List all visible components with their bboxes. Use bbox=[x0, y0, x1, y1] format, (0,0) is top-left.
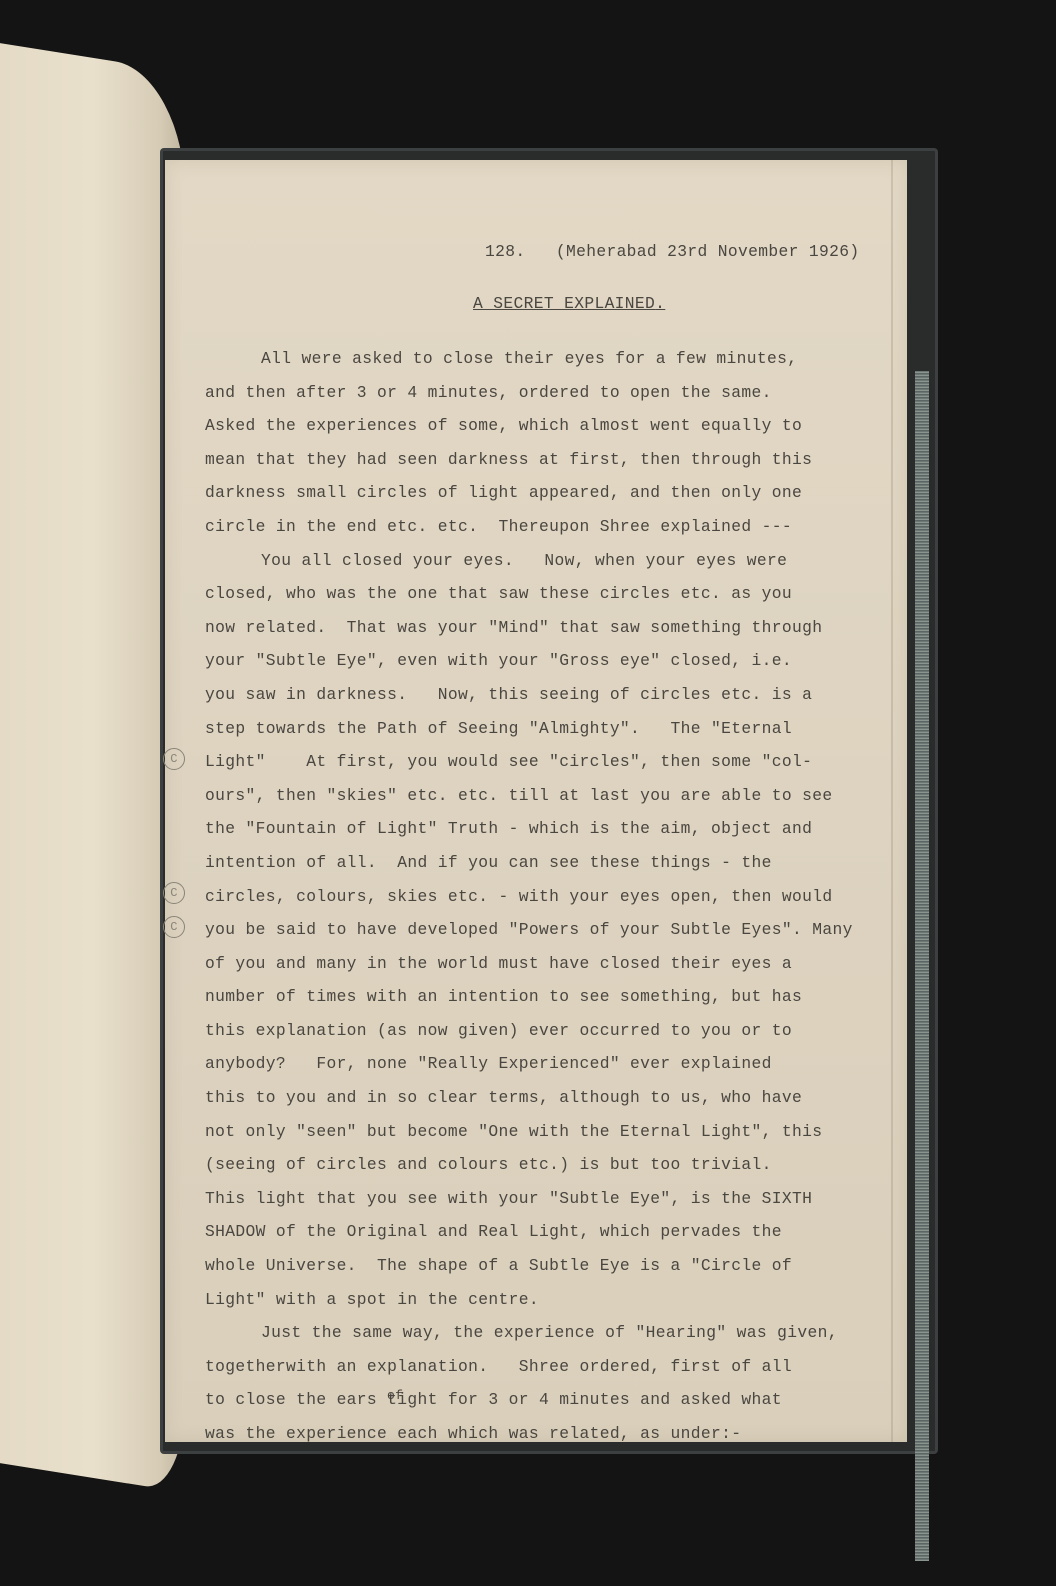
text-line: Light" with a spot in the centre. bbox=[205, 1283, 905, 1317]
text-line: was the experience each which was relate… bbox=[205, 1417, 905, 1451]
text-line: Asked the experiences of some, which alm… bbox=[205, 409, 905, 443]
text-line: you be said to have developed "Powers of… bbox=[205, 913, 905, 947]
text-line: (seeing of circles and colours etc.) is … bbox=[205, 1148, 905, 1182]
title-period: . bbox=[655, 294, 665, 313]
text-line: your "Subtle Eye", even with your "Gross… bbox=[205, 644, 905, 678]
text-line: to close the ears tight for 3 or 4 minut… bbox=[205, 1383, 905, 1417]
text-line: darkness small circles of light appeared… bbox=[205, 476, 905, 510]
text-line: You all closed your eyes. Now, when your… bbox=[205, 544, 905, 578]
text-line: All were asked to close their eyes for a… bbox=[205, 342, 905, 376]
text-line: intention of all. And if you can see the… bbox=[205, 846, 905, 880]
text-line: number of times with an intention to see… bbox=[205, 980, 905, 1014]
text-line: circles, colours, skies etc. - with your… bbox=[205, 880, 905, 914]
text-line: closed, who was the one that saw these c… bbox=[205, 577, 905, 611]
page-edges bbox=[915, 371, 929, 1561]
margin-circle-mark: C bbox=[163, 916, 185, 938]
text-line: togetherwith an explanation. Shree order… bbox=[205, 1350, 905, 1384]
text-line: mean that they had seen darkness at firs… bbox=[205, 443, 905, 477]
text-line: of you and many in the world must have c… bbox=[205, 947, 905, 981]
text-line: you saw in darkness. Now, this seeing of… bbox=[205, 678, 905, 712]
typescript-page: 128. (Meherabad 23rd November 1926) A SE… bbox=[165, 160, 907, 1442]
text-line: anybody? For, none "Really Experienced" … bbox=[205, 1047, 905, 1081]
interlinear-insertion: of bbox=[387, 1388, 403, 1403]
text-line: circle in the end etc. etc. Thereupon Sh… bbox=[205, 510, 905, 544]
text-line: Just the same way, the experience of "He… bbox=[205, 1316, 905, 1350]
text-line: this explanation (as now given) ever occ… bbox=[205, 1014, 905, 1048]
text-line: SHADOW of the Original and Real Light, w… bbox=[205, 1215, 905, 1249]
text-line: This light that you see with your "Subtl… bbox=[205, 1182, 905, 1216]
margin-circle-mark: C bbox=[163, 748, 185, 770]
facing-left-page bbox=[0, 40, 185, 1492]
text-line: step towards the Path of Seeing "Almight… bbox=[205, 712, 905, 746]
text-line: whole Universe. The shape of a Subtle Ey… bbox=[205, 1249, 905, 1283]
text-line: this to you and in so clear terms, altho… bbox=[205, 1081, 905, 1115]
text-line: now related. That was your "Mind" that s… bbox=[205, 611, 905, 645]
text-line: the "Fountain of Light" Truth - which is… bbox=[205, 812, 905, 846]
page-header: 128. (Meherabad 23rd November 1926) bbox=[485, 242, 859, 261]
title-text: A SECRET EXPLAINED bbox=[473, 294, 655, 313]
margin-circle-mark: C bbox=[163, 882, 185, 904]
text-line: ours", then "skies" etc. etc. till at la… bbox=[205, 779, 905, 813]
text-line: and then after 3 or 4 minutes, ordered t… bbox=[205, 376, 905, 410]
text-line: not only "seen" but become "One with the… bbox=[205, 1115, 905, 1149]
body-text: C C C of All were asked to close their e… bbox=[205, 342, 905, 1451]
text-line: Light" At first, you would see "circles"… bbox=[205, 745, 905, 779]
page-title: A SECRET EXPLAINED. bbox=[473, 294, 665, 313]
